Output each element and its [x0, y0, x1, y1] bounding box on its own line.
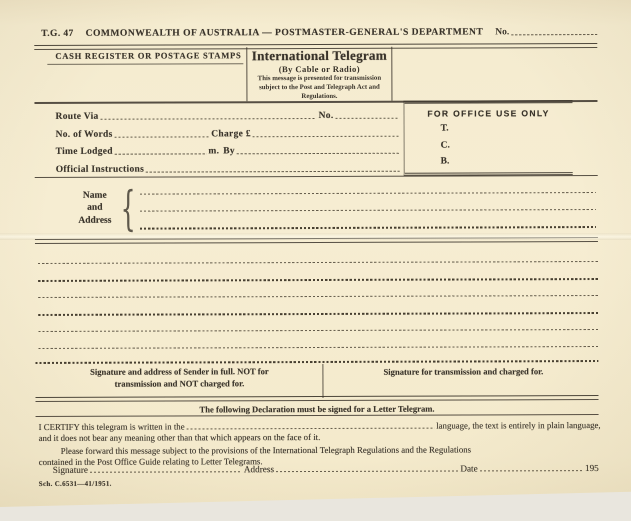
language-blank: [187, 428, 435, 430]
cash-register-label: CASH REGISTER OR POSTAGE STAMPS: [55, 50, 241, 61]
office-row-b: B.: [441, 157, 450, 167]
message-line-1: [38, 261, 598, 264]
fold-crease: [0, 233, 631, 240]
footer-row: Signature Address Date 195: [53, 463, 599, 475]
header-no-blank: [511, 34, 597, 35]
official-instructions-blank: [146, 170, 400, 172]
name-address-blank-3: [140, 226, 596, 229]
route-via-blank: [101, 118, 317, 120]
charge-blank: [253, 135, 400, 137]
office-use-box: FOR OFFICE USE ONLY T. C. B.: [403, 100, 572, 176]
footer-year-prefix: 195: [585, 463, 599, 473]
charge-label: Charge £: [211, 129, 251, 139]
by-label: By: [223, 146, 235, 156]
signature-table-divider: [322, 364, 323, 398]
no-of-words-label: No. of Words: [56, 129, 113, 139]
message-line-3: [38, 295, 598, 298]
paper-sheet: T.G. 47 COMMONWEALTH OF AUSTRALIA — POST…: [0, 0, 631, 507]
department-title: COMMONWEALTH OF AUSTRALIA — POSTMASTER-G…: [82, 26, 488, 38]
message-line-5: [38, 329, 598, 332]
footer-date-blank: [480, 470, 583, 471]
certify-pre: I CERTIFY this telegram is written in th…: [39, 421, 185, 432]
signature-left-line1: Signature and address of Sender in full.…: [48, 366, 310, 379]
route-no-label: No.: [319, 111, 334, 121]
form-content: T.G. 47 COMMONWEALTH OF AUSTRALIA — POST…: [0, 0, 631, 508]
telegram-stamp-box: International Telegram (By Cable or Radi…: [246, 47, 392, 102]
name-address-brace: {: [121, 181, 136, 236]
no-of-words-blank: [115, 136, 210, 137]
time-lodged-row: Time Lodged m. By: [56, 142, 402, 157]
time-lodged-blank: [115, 153, 207, 154]
signature-left-cell: Signature and address of Sender in full.…: [48, 366, 310, 390]
certify-line-1: I CERTIFY this telegram is written in th…: [39, 420, 601, 432]
name-address-line3: Address: [62, 214, 128, 227]
words-row: No. of Words Charge £: [56, 124, 402, 139]
fields-bottom-rule: [35, 175, 598, 178]
name-address-line2: and: [62, 202, 128, 215]
message-line-2: [38, 278, 598, 281]
header-no-field: No.: [495, 27, 599, 37]
footer-address-label: Address: [244, 464, 274, 474]
name-address-label: Name and Address: [62, 190, 128, 227]
official-instructions-label: Official Instructions: [56, 164, 144, 174]
certify-post: language, the text is entirely in plain …: [436, 420, 600, 431]
route-via-row: Route Via No.: [55, 107, 401, 122]
route-no-blank: [336, 118, 400, 119]
stamp-box-subtitle: (By Cable or Radio): [247, 64, 391, 75]
certify-line-2: and it does not bear any meaning other t…: [39, 432, 321, 443]
official-instructions-row: Official Instructions: [56, 159, 402, 174]
cash-register-underline: [47, 63, 243, 65]
declaration-heading: The following Declaration must be signed…: [36, 403, 599, 415]
stamp-box-notice: This message is presented for transmissi…: [247, 74, 391, 102]
footer-address-blank: [276, 471, 458, 473]
name-address-line1: Name: [62, 190, 128, 203]
message-line-4: [38, 312, 598, 315]
footer-signature-label: Signature: [53, 465, 88, 475]
signature-table-bottom-rule: [35, 395, 598, 402]
forward-line-1: Please forward this message subject to t…: [61, 444, 471, 455]
name-address-blank-2: [140, 209, 596, 212]
time-lodged-label: Time Lodged: [56, 147, 113, 157]
route-via-label: Route Via: [56, 112, 99, 122]
office-row-t: T.: [441, 124, 449, 134]
office-row-c: C.: [441, 141, 450, 151]
office-use-title: FOR OFFICE USE ONLY: [404, 108, 572, 119]
footer-signature-blank: [90, 471, 242, 473]
footer-date-label: Date: [460, 463, 477, 473]
signature-right-cell: Signature for transmission and charged f…: [334, 366, 592, 378]
print-imprint: Sch. C.6531—41/1951.: [39, 480, 112, 488]
scanned-telegram-form: T.G. 47 COMMONWEALTH OF AUSTRALIA — POST…: [0, 0, 631, 521]
by-blank: [237, 153, 400, 155]
stamp-box-title: International Telegram: [247, 48, 391, 65]
signature-left-line2: transmission and NOT charged for.: [48, 378, 310, 391]
header-no-label: No.: [495, 27, 509, 37]
header: T.G. 47 COMMONWEALTH OF AUSTRALIA — POST…: [41, 26, 599, 39]
message-line-6: [38, 346, 598, 349]
m-label: m.: [208, 146, 219, 156]
signature-table-top-rule: [35, 360, 598, 363]
name-address-blank-1: [140, 192, 596, 195]
form-number: T.G. 47: [41, 29, 73, 39]
